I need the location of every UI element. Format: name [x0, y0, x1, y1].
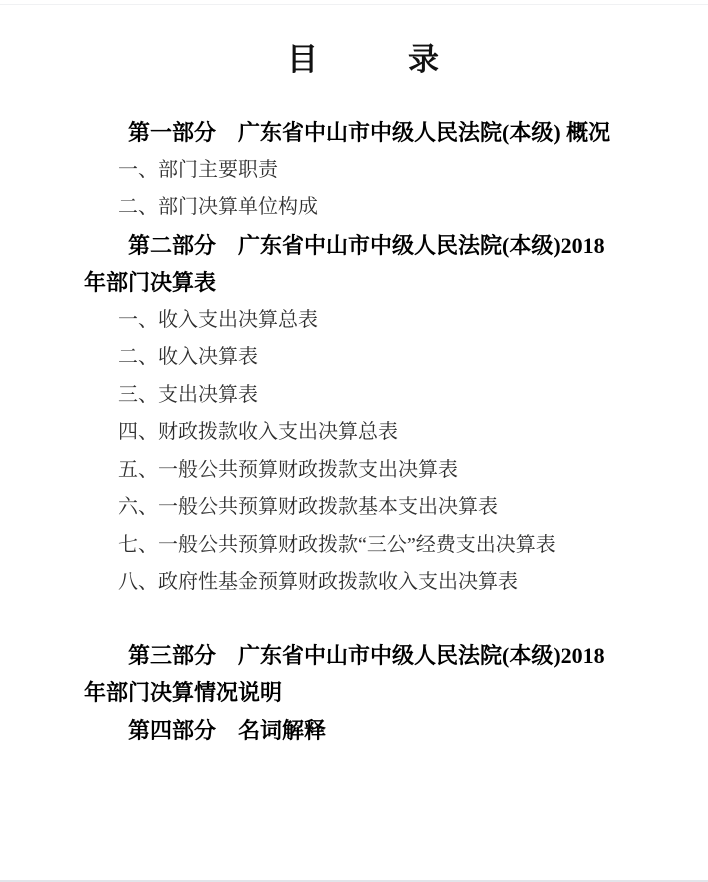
title-char-lu: 录: [408, 42, 439, 78]
toc-item-2-7: 七、一般公共预算财政拨款“三公”经费支出决算表: [118, 527, 622, 565]
toc-item-2-3: 三、支出决算表: [118, 377, 622, 415]
toc-item-2-1: 一、收入支出决算总表: [118, 302, 622, 340]
toc-heading-part-4: 第四部分 名词解释: [84, 712, 622, 750]
toc-heading-part-1: 第一部分 广东省中山市中级人民法院(本级) 概况: [84, 114, 622, 152]
toc-item-2-6: 六、一般公共预算财政拨款基本支出决算表: [118, 489, 622, 527]
scanned-document-page: 目 录 第一部分 广东省中山市中级人民法院(本级) 概况 一、部门主要职责 二、…: [0, 0, 708, 882]
page-top-edge-line: [0, 4, 708, 5]
toc-heading-part-3: 第三部分 广东省中山市中级人民法院(本级)2018年部门决算情况说明: [84, 637, 622, 712]
title-char-mu: 目: [287, 42, 318, 78]
toc-item-1-2: 二、部门决算单位构成: [118, 189, 622, 227]
toc-item-2-8: 八、政府性基金预算财政拨款收入支出决算表: [118, 564, 622, 602]
toc-heading-part-2: 第二部分 广东省中山市中级人民法院(本级)2018年部门决算表: [84, 227, 622, 302]
toc-item-1-1: 一、部门主要职责: [118, 152, 622, 190]
table-of-contents: 第一部分 广东省中山市中级人民法院(本级) 概况 一、部门主要职责 二、部门决算…: [84, 114, 622, 749]
toc-item-2-4: 四、财政拨款收入支出决算总表: [118, 414, 622, 452]
toc-item-2-5: 五、一般公共预算财政拨款支出决算表: [118, 452, 622, 490]
toc-item-2-2: 二、收入决算表: [118, 339, 622, 377]
page-title: 目 录: [9, 42, 708, 78]
